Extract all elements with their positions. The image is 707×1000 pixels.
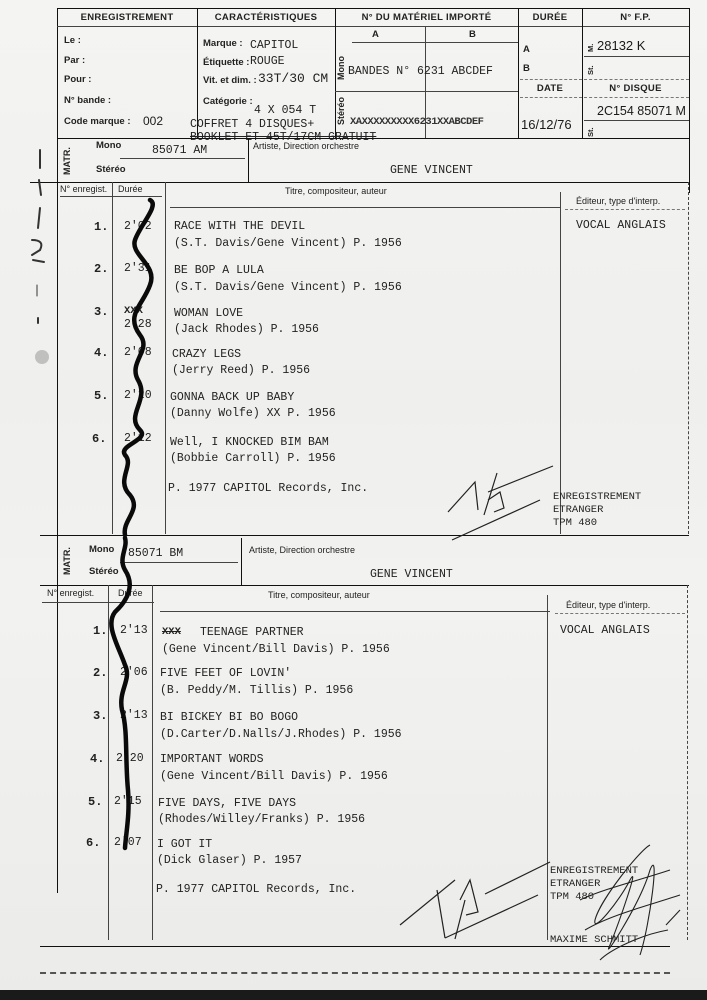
track-credit: (Rhodes/Willey/Franks) P. 1956: [158, 813, 365, 826]
track-number: 5.: [88, 795, 102, 809]
date-value-rule: [520, 97, 582, 98]
enregistrement-title: ENREGISTREMENT: [57, 12, 197, 23]
side-a-mono-label: Mono: [96, 140, 121, 151]
side-b-matr-bottom-rule: [40, 585, 689, 586]
track-duration: 2'28: [124, 318, 152, 331]
side-a-copyright: P. 1977 CAPITOL Records, Inc.: [168, 482, 368, 495]
track-credit: (B. Peddy/M. Tillis) P. 1956: [160, 684, 353, 697]
date-value: 16/12/76: [521, 117, 572, 132]
materiel-mono-value: BANDES N° 6231 ABCDEF: [348, 65, 493, 78]
track-duration: 2'06: [120, 666, 148, 679]
disque-st-label: St.: [586, 127, 595, 137]
side-a-colhdr-rule-titre: [170, 207, 560, 208]
n-bande-label: N° bande :: [64, 95, 111, 106]
categorie-label: Catégorie :: [203, 96, 253, 107]
track-title: I GOT IT: [157, 838, 212, 851]
materiel-stereo-label: Stéréo: [336, 97, 346, 125]
side-b-footer-line1: ENREGISTREMENT: [550, 865, 638, 877]
materiel-title: N° DU MATÉRIEL IMPORTÉ: [335, 12, 518, 23]
side-b-col2-divider: [152, 585, 153, 940]
divider-materiel-duree: [518, 8, 519, 138]
categorie-value: 4 X 054 T: [254, 104, 316, 117]
side-a-colhdr-rule-left: [60, 196, 162, 197]
side-a-col-editeur: Éditeur, type d'interp.: [576, 196, 660, 206]
track-duration: 2'20: [124, 389, 152, 402]
document-page: ENREGISTREMENT Le : Par : Pour : N° band…: [0, 0, 707, 1000]
side-b-bottom-rule: [40, 946, 670, 947]
side-a-mono-value: 85071 AM: [152, 144, 207, 157]
track-duration: 2'15: [114, 795, 142, 808]
marque-label: Marque :: [203, 38, 243, 49]
side-b-col-editeur: Éditeur, type d'interp.: [566, 600, 650, 610]
track-duration: 2'20: [116, 752, 144, 765]
side-b-col-titre: Titre, compositeur, auteur: [268, 590, 370, 600]
initials-signature-a-icon: [448, 466, 553, 540]
duree-date-rule: [520, 79, 582, 80]
side-b-editeur: VOCAL ANGLAIS: [560, 624, 650, 637]
track-title: Well, I KNOCKED BIM BAM: [170, 436, 329, 449]
side-a-editeur: VOCAL ANGLAIS: [576, 219, 666, 232]
track-number: 2.: [93, 666, 107, 680]
track-number: 1.: [93, 624, 107, 638]
side-b-mono-rule: [120, 562, 238, 563]
side-b-mono-value: 85071 BM: [128, 547, 183, 560]
le-label: Le :: [64, 35, 81, 46]
code-marque-value: 002: [143, 114, 163, 128]
side-a-col1-divider: [112, 182, 113, 534]
fp-m-label: M.: [586, 44, 595, 52]
track-title: BI BICKEY BI BO BOGO: [160, 711, 298, 724]
materiel-col-b: B: [469, 29, 476, 40]
header-bottom-rule: [57, 138, 689, 139]
code-marque-label: Code marque :: [64, 116, 131, 127]
disque-m-st-rule: [584, 120, 689, 121]
side-b-artist: GENE VINCENT: [370, 568, 453, 581]
track-credit: (D.Carter/D.Nalls/J.Rhodes) P. 1956: [160, 728, 402, 741]
side-a-footer-line1: ENREGISTREMENT: [553, 491, 641, 503]
etiquette-value: ROUGE: [250, 55, 285, 68]
track-credit: (Gene Vincent/Bill Davis) P. 1956: [160, 770, 388, 783]
disque-m-value: 2C154 85071 M: [597, 104, 686, 118]
side-b-matr-label: MATR.: [62, 547, 72, 575]
track-title: CRAZY LEGS: [172, 348, 241, 361]
side-b-colhdr-rule-editeur: [555, 613, 685, 614]
track-credit: (S.T. Davis/Gene Vincent) P. 1956: [174, 237, 402, 250]
hole-punch-mark-icon: [35, 350, 49, 364]
track-title: FIVE FEET OF LOVIN': [160, 667, 291, 680]
cancellation-squiggle-a-icon: [124, 200, 153, 535]
track-credit: (Jerry Reed) P. 1956: [172, 364, 310, 377]
duree-b-label: B: [523, 63, 530, 74]
side-b-matr-divider: [241, 538, 242, 586]
disque-title: N° DISQUE: [582, 83, 689, 94]
side-b-copyright: P. 1977 CAPITOL Records, Inc.: [156, 883, 356, 896]
side-a-stereo-label: Stéréo: [96, 164, 126, 175]
side-b-col3-divider: [547, 595, 548, 940]
frame-top: [57, 8, 689, 9]
duree-title: DURÉE: [518, 12, 582, 23]
track-title: FIVE DAYS, FIVE DAYS: [158, 797, 296, 810]
track-credit: (Gene Vincent/Bill Davis) P. 1956: [162, 643, 390, 656]
side-a-footer-line3: TPM 480: [553, 517, 597, 529]
marque-value: CAPITOL: [250, 39, 298, 52]
fp-m-value: 28132 K: [597, 38, 645, 53]
materiel-mono-label: Mono: [336, 56, 346, 80]
track-duration: 2'31: [124, 262, 152, 275]
side-a-right-edge: [688, 182, 689, 534]
disque-value-rule: [584, 97, 689, 98]
frame-left: [57, 8, 58, 893]
date-label: DATE: [518, 83, 582, 94]
etiquette-label: Étiquette :: [203, 57, 249, 68]
pour-label: Pour :: [64, 74, 91, 85]
track-number: 4.: [90, 752, 104, 766]
side-a-matr-label: MATR.: [62, 147, 72, 175]
side-b-col1-divider: [108, 585, 109, 940]
track-credit: (Dick Glaser) P. 1957: [157, 854, 302, 867]
side-a-col-duree: Durée: [118, 184, 143, 194]
materiel-mono-stereo-rule: [335, 91, 518, 92]
track-duration: 2'12: [124, 432, 152, 445]
side-b-col-num: N° enregist.: [47, 588, 94, 598]
side-a-col-titre: Titre, compositeur, auteur: [285, 186, 387, 196]
side-a-col3-divider: [560, 192, 561, 534]
track-title: BE BOP A LULA: [174, 264, 264, 277]
side-b-colhdr-rule-left: [42, 602, 154, 603]
fp-title: N° F.P.: [582, 12, 689, 23]
vit-value: 33T/30 CM: [258, 71, 328, 86]
track-credit: (Danny Wolfe) XX P. 1956: [170, 407, 336, 420]
fp-m-st-rule: [584, 56, 689, 57]
track-credit: (Jack Rhodes) P. 1956: [174, 323, 319, 336]
track-number: 6.: [86, 836, 100, 850]
track-duration: 2'08: [124, 346, 152, 359]
track-title: WOMAN LOVE: [174, 307, 243, 320]
side-b-mono-label: Mono: [89, 544, 114, 555]
side-b-artist-label: Artiste, Direction orchestre: [249, 545, 355, 555]
side-a-footer-line2: ETRANGER: [553, 504, 603, 516]
track-number: 3.: [93, 709, 107, 723]
side-b-right-edge: [687, 585, 688, 940]
side-b-footer-line3: TPM 480: [550, 891, 594, 903]
side-a-mono-rule: [120, 158, 245, 159]
side-a-col-num: N° enregist.: [60, 184, 107, 194]
side-a-col2-divider: [165, 182, 166, 534]
track-number: 1.: [94, 220, 108, 234]
side-b-footer-line2: ETRANGER: [550, 878, 600, 890]
track-title-struck: XXX: [162, 626, 181, 638]
track-title: GONNA BACK UP BABY: [170, 391, 294, 404]
side-b-colhdr-rule-titre: [160, 611, 550, 612]
materiel-ab-rule: [352, 42, 518, 43]
track-duration: 2'02: [124, 220, 152, 233]
track-number: 4.: [94, 346, 108, 360]
divider-duree-fp: [582, 8, 583, 138]
side-b-col-duree: Durée: [118, 588, 143, 598]
fp-disque-rule: [584, 79, 689, 80]
materiel-col-a: A: [372, 29, 379, 40]
side-b-signature-name: MAXIME SCHMITT: [550, 934, 638, 946]
track-duration: 2'13: [120, 624, 148, 637]
frame-right-top: [689, 8, 690, 193]
caracteristiques-title: CARACTÉRISTIQUES: [197, 12, 335, 23]
side-a-bottom-rule: [40, 535, 689, 536]
duree-a-label: A: [523, 44, 530, 55]
track-duration: 2'07: [114, 836, 142, 849]
side-a-colhdr-rule-editeur: [565, 209, 685, 210]
vit-label: Vit. et dim. :: [203, 75, 257, 86]
track-title: RACE WITH THE DEVIL: [174, 220, 305, 233]
track-title: IMPORTANT WORDS: [160, 753, 264, 766]
coffret-note-line1: COFFRET 4 DISQUES+: [190, 118, 314, 131]
track-duration: 2'13: [120, 709, 148, 722]
side-a-matr-divider: [248, 138, 249, 182]
track-number: 3.: [94, 305, 108, 319]
par-label: Par :: [64, 55, 85, 66]
track-number: 2.: [94, 262, 108, 276]
track-credit: (S.T. Davis/Gene Vincent) P. 1956: [174, 281, 402, 294]
side-a-matr-bottom-rule: [30, 182, 689, 183]
scan-bottom-edge: [0, 990, 707, 1000]
margin-pencil-marks-icon: [32, 150, 44, 323]
initials-signature-b-icon: [400, 862, 550, 939]
track-number: 5.: [94, 389, 108, 403]
fp-st-label: St.: [586, 65, 595, 75]
side-a-artist: GENE VINCENT: [390, 164, 473, 177]
side-b-stereo-label: Stéréo: [89, 566, 119, 577]
track-duration-struck: XXX: [124, 305, 143, 317]
track-number: 6.: [92, 432, 106, 446]
side-a-artist-label: Artiste, Direction orchestre: [253, 141, 359, 151]
tear-line: [40, 972, 670, 974]
track-credit: (Bobbie Carroll) P. 1956: [170, 452, 336, 465]
materiel-stereo-value-overtyped: XAXXXXXXXXX6231XXABCDEF: [350, 116, 483, 128]
header-title-rule: [57, 26, 689, 27]
track-title: TEENAGE PARTNER: [200, 626, 304, 639]
